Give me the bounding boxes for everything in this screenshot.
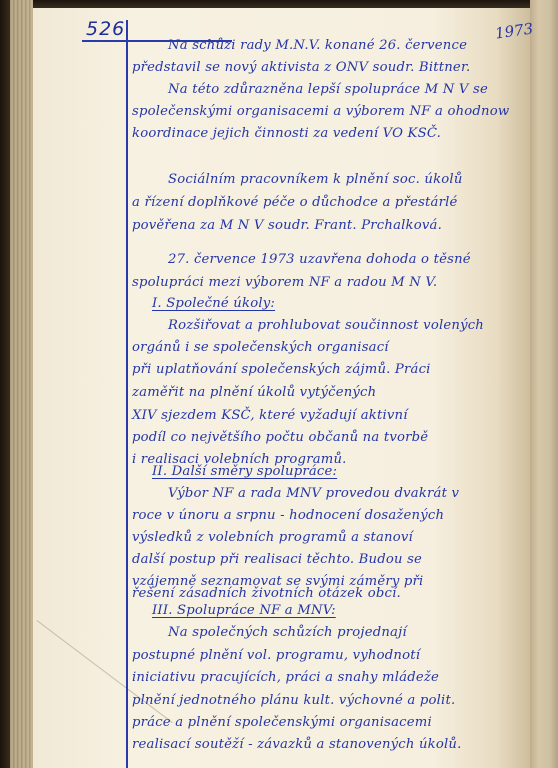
handwritten-line: orgánů i se společenských organisací (132, 340, 389, 355)
handwritten-line: představil se nový aktivista z ONV soudr… (132, 60, 470, 75)
handwritten-line: Na společných schůzích projednají (168, 625, 407, 640)
section-heading: III. Spolupráce NF a MNV: (152, 603, 336, 618)
handwritten-line: Na této zdůrazněna lepší spolupráce M N … (168, 82, 488, 97)
handwritten-line: Sociálním pracovníkem k plnění soc. úkol… (168, 172, 463, 187)
page-number: 526 (86, 18, 125, 40)
page-edges (10, 0, 34, 768)
section-heading: I. Společné úkoly: (152, 296, 275, 311)
handwritten-line: XIV sjezdem KSČ, které vyžadují aktivní (132, 408, 408, 423)
margin-rule (126, 20, 128, 768)
book-gutter (530, 0, 558, 768)
handwritten-line: koordinace jejich činnosti za vedení VO … (132, 126, 441, 141)
handwritten-line: a řízení doplňkové péče o důchodce a pře… (132, 195, 458, 210)
handwritten-line: iniciativu pracujících, práci a snahy ml… (132, 670, 439, 685)
handwritten-line: postupné plnění vol. programu, vyhodnotí (132, 648, 420, 663)
handwritten-line: podíl co největšího počtu občanů na tvor… (132, 430, 428, 445)
handwritten-line: práce a plnění společenskými organisacem… (132, 715, 432, 730)
handwritten-line: realisací soutěží - závazků a stanovenýc… (132, 737, 462, 752)
handwritten-line: řešení zásadních životních otázek obcí. (132, 586, 401, 601)
handwritten-text-block: Na schůzi rady M.N.V. konané 26. červenc… (132, 0, 527, 768)
section-heading: II. Další směry spolupráce: (152, 464, 337, 479)
handwritten-line: plnění jednotného plánu kult. výchovné a… (132, 693, 455, 708)
handwritten-line: roce v únoru a srpnu - hodnocení dosažen… (132, 508, 444, 523)
handwritten-line: Rozšiřovat a prohlubovat součinnost vole… (168, 318, 484, 333)
handwritten-line: Výbor NF a rada MNV provedou dvakrát v (168, 486, 459, 501)
handwritten-line: Na schůzi rady M.N.V. konané 26. červenc… (168, 38, 467, 53)
handwritten-line: zaměřit na plnění úkolů vytýčených (132, 385, 376, 400)
handwritten-line: 27. července 1973 uzavřena dohoda o těsn… (168, 252, 471, 267)
handwritten-line: pověřena za M N V soudr. Frant. Prchalko… (132, 218, 442, 233)
handwritten-line: spolupráci mezi výborem NF a radou M N V… (132, 275, 437, 290)
handwritten-line: výsledků z volebních programů a stanoví (132, 530, 413, 545)
handwritten-line: společenskými organisacemi a výborem NF … (132, 104, 509, 119)
handwritten-line: při uplatňování společenských zájmů. Prá… (132, 362, 431, 377)
handwritten-line: další postup při realisaci těchto. Budou… (132, 552, 422, 567)
